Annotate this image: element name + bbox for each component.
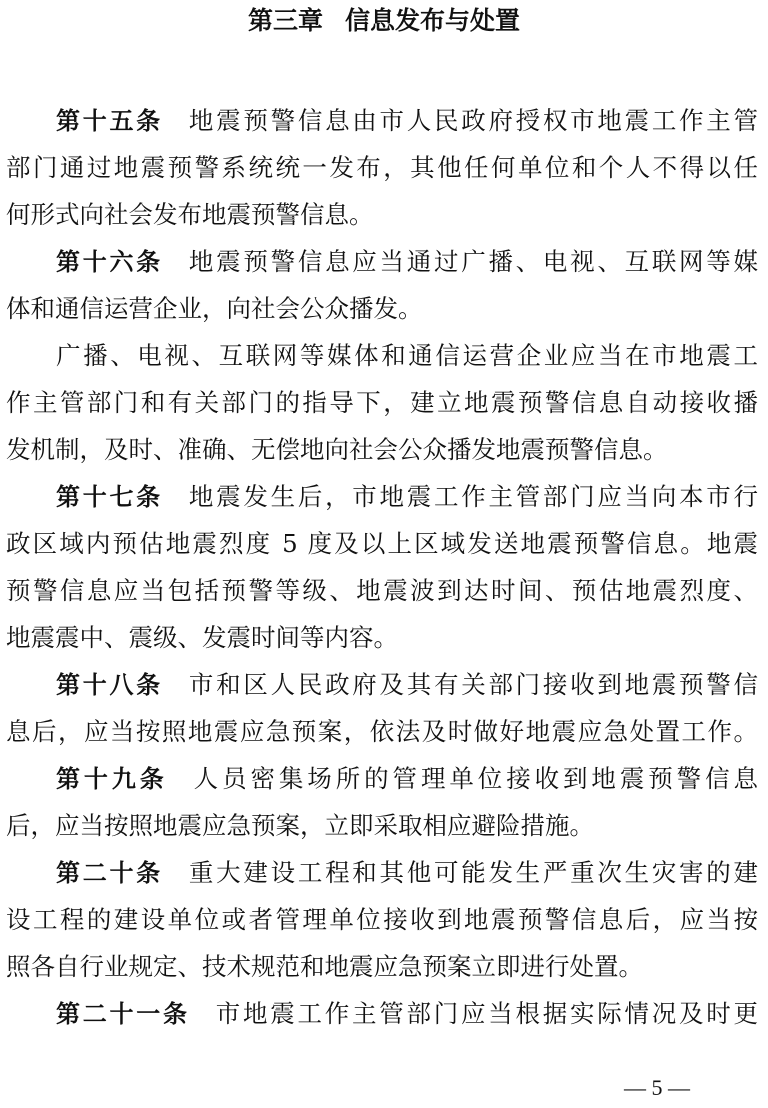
text-line: 地震震中、震级、发震时间等内容。 bbox=[6, 614, 758, 661]
article-line: 第二十条重大建设工程和其他可能发生严重次生灾害的建 bbox=[6, 849, 758, 896]
text-line: 政区域内预估地震烈度 5 度及以上区域发送地震预警信息。地震 bbox=[6, 520, 758, 567]
article-number: 第十九条 bbox=[56, 765, 168, 793]
text-line: 后，应当按照地震应急预案，立即采取相应避险措施。 bbox=[6, 802, 758, 849]
article-number: 第十七条 bbox=[56, 483, 163, 511]
text-line: 息后，应当按照地震应急预案，依法及时做好地震应急处置工作。 bbox=[6, 708, 758, 755]
text-line: 何形式向社会发布地震预警信息。 bbox=[6, 191, 758, 238]
article-line: 第十九条人员密集场所的管理单位接收到地震预警信息 bbox=[6, 755, 758, 802]
article-line: 第十七条地震发生后，市地震工作主管部门应当向本市行 bbox=[6, 473, 758, 520]
text-line: 发机制，及时、准确、无偿地向社会公众播发地震预警信息。 bbox=[6, 426, 758, 473]
article-line: 第十五条地震预警信息由市人民政府授权市地震工作主管 bbox=[6, 97, 758, 144]
article-text: 重大建设工程和其他可能发生严重次生灾害的建 bbox=[189, 858, 758, 887]
chapter-name: 信息发布与处置 bbox=[345, 6, 520, 35]
text-line: 作主管部门和有关部门的指导下，建立地震预警信息自动接收播 bbox=[6, 379, 758, 426]
chapter-number: 第三章 bbox=[248, 6, 323, 35]
text-line: 体和通信运营企业，向社会公众播发。 bbox=[6, 285, 758, 332]
article-number: 第二十一条 bbox=[56, 1000, 190, 1028]
paragraph-line: 广播、电视、互联网等媒体和通信运营企业应当在市地震工 bbox=[6, 332, 758, 379]
article-number: 第十六条 bbox=[56, 248, 163, 276]
chapter-title: 第三章信息发布与处置 bbox=[0, 4, 768, 38]
text-line: 部门通过地震预警系统统一发布，其他任何单位和个人不得以任 bbox=[6, 144, 758, 191]
article-text: 地震发生后，市地震工作主管部门应当向本市行 bbox=[189, 482, 758, 511]
article-text: 市和区人民政府及其有关部门接收到地震预警信 bbox=[189, 670, 758, 699]
text-line: 设工程的建设单位或者管理单位接收到地震预警信息后，应当按 bbox=[6, 896, 758, 943]
article-number: 第十五条 bbox=[56, 107, 163, 135]
article-text: 人员密集场所的管理单位接收到地震预警信息 bbox=[194, 764, 758, 793]
article-line: 第二十一条市地震工作主管部门应当根据实际情况及时更 bbox=[6, 990, 758, 1037]
text-line: 预警信息应当包括预警等级、地震波到达时间、预估地震烈度、 bbox=[6, 567, 758, 614]
text-line: 照各自行业规定、技术规范和地震应急预案立即进行处置。 bbox=[6, 943, 758, 990]
page-number: — 5 — bbox=[624, 1073, 724, 1103]
article-text: 地震预警信息由市人民政府授权市地震工作主管 bbox=[189, 106, 758, 135]
document-body: 第十五条地震预警信息由市人民政府授权市地震工作主管 部门通过地震预警系统统一发布… bbox=[6, 97, 758, 1037]
article-line: 第十八条市和区人民政府及其有关部门接收到地震预警信 bbox=[6, 661, 758, 708]
article-line: 第十六条地震预警信息应当通过广播、电视、互联网等媒 bbox=[6, 238, 758, 285]
article-text: 市地震工作主管部门应当根据实际情况及时更 bbox=[216, 999, 758, 1028]
article-text: 地震预警信息应当通过广播、电视、互联网等媒 bbox=[189, 247, 758, 276]
article-number: 第二十条 bbox=[56, 859, 163, 887]
article-number: 第十八条 bbox=[56, 671, 163, 699]
